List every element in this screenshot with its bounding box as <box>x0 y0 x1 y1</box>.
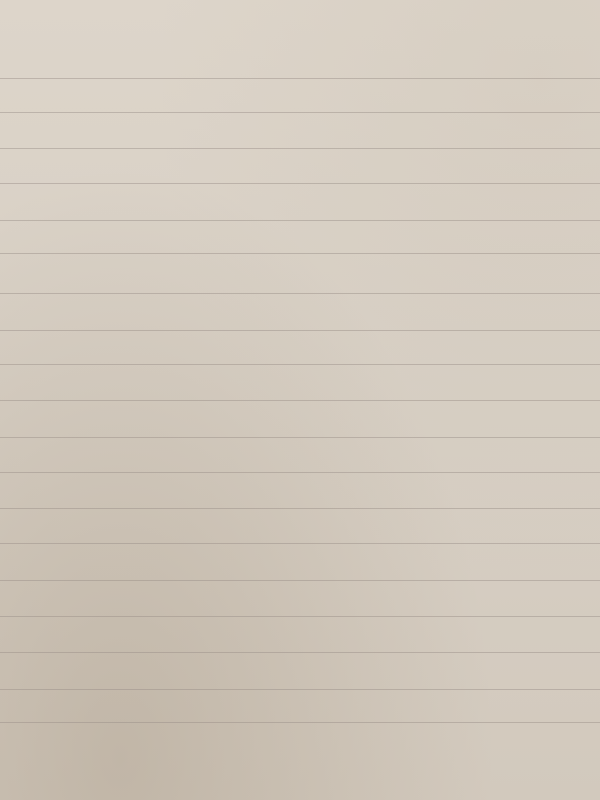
ruled-line <box>0 330 600 331</box>
ruled-line <box>0 652 600 653</box>
ruled-line <box>0 220 600 221</box>
ruled-line <box>0 616 600 617</box>
ruled-line <box>0 508 600 509</box>
ruled-line <box>0 580 600 581</box>
ruled-line <box>0 183 600 184</box>
ruled-line <box>0 722 600 723</box>
ruled-line <box>0 472 600 473</box>
ruled-line <box>0 112 600 113</box>
ruled-line <box>0 689 600 690</box>
ruled-line <box>0 364 600 365</box>
document-page <box>0 0 600 800</box>
ruled-line <box>0 78 600 79</box>
ruled-line <box>0 253 600 254</box>
ruled-line <box>0 148 600 149</box>
ruled-line <box>0 543 600 544</box>
ruled-line <box>0 400 600 401</box>
ruled-line <box>0 437 600 438</box>
ruled-line <box>0 293 600 294</box>
